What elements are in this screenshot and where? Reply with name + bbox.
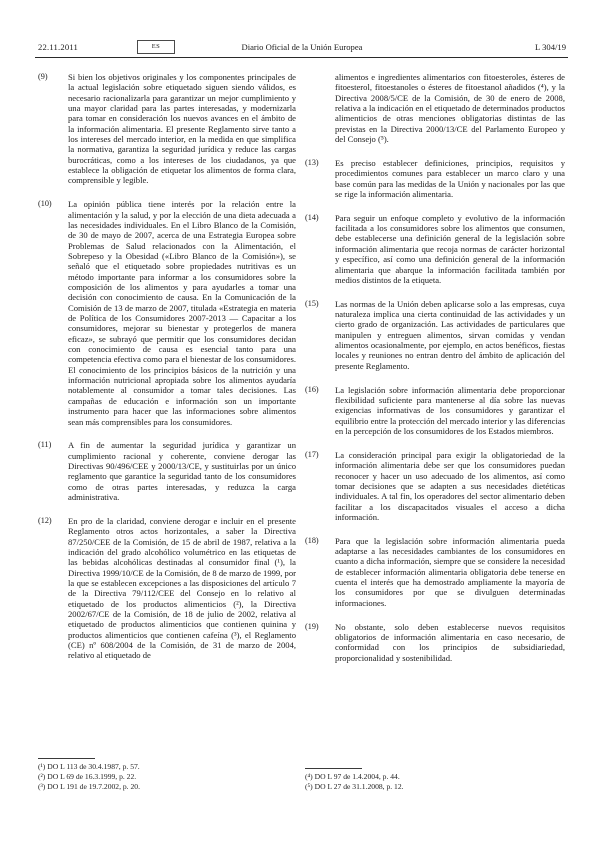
recital-paragraph-16: (16) La legislación sobre información al… xyxy=(305,385,565,437)
recital-text: Es preciso establecer definiciones, prin… xyxy=(335,158,565,199)
recital-paragraph-11: (11) A fin de aumentar la seguridad jurí… xyxy=(38,440,296,502)
footnotes-right: (⁴) DO L 97 de 1.4.2004, p. 44. (⁵) DO L… xyxy=(305,768,565,792)
recital-paragraph-17: (17) La consideración principal para exi… xyxy=(305,450,565,522)
recital-paragraph-19: (19) No obstante, solo deben establecers… xyxy=(305,622,565,663)
header-divider xyxy=(35,57,568,58)
footnote: (²) DO L 69 de 16.3.1999, p. 22. xyxy=(38,772,296,782)
footnote: (¹) DO L 113 de 30.4.1987, p. 57. xyxy=(38,762,296,772)
recital-text: No obstante, solo deben establecerse nue… xyxy=(335,622,565,663)
recital-number: (14) xyxy=(305,213,335,285)
recital-number: (12) xyxy=(38,516,68,661)
footnote: (³) DO L 191 de 19.7.2002, p. 20. xyxy=(38,782,296,792)
two-column-body: (9) Si bien los objetivos originales y l… xyxy=(38,72,565,792)
recital-number: (15) xyxy=(305,299,335,371)
footnotes-left: (¹) DO L 113 de 30.4.1987, p. 57. (²) DO… xyxy=(38,758,296,792)
journal-title: Diario Oficial de la Unión Europea xyxy=(38,42,566,52)
recital-number: (18) xyxy=(305,536,335,608)
right-column: alimentos e ingredientes alimentarios co… xyxy=(305,72,565,792)
recital-number: (17) xyxy=(305,450,335,522)
recital-text: La legislación sobre información aliment… xyxy=(335,385,565,437)
footnote-separator xyxy=(305,768,362,769)
footnote: (⁵) DO L 27 de 31.1.2008, p. 12. xyxy=(305,782,565,792)
recital-text: Si bien los objetivos originales y los c… xyxy=(68,72,296,186)
left-column: (9) Si bien los objetivos originales y l… xyxy=(38,72,296,792)
recital-paragraph-10: (10) La opinión pública tiene interés po… xyxy=(38,199,296,427)
recital-paragraph-9: (9) Si bien los objetivos originales y l… xyxy=(38,72,296,186)
recital-text: La opinión pública tiene interés por la … xyxy=(68,199,296,427)
footnote-separator xyxy=(38,758,95,759)
recital-number: (16) xyxy=(305,385,335,437)
recital-number: (13) xyxy=(305,158,335,199)
footnote: (⁴) DO L 97 de 1.4.2004, p. 44. xyxy=(305,772,565,782)
recital-paragraph-12-continued: alimentos e ingredientes alimentarios co… xyxy=(305,72,565,144)
recital-number: (19) xyxy=(305,622,335,663)
recital-text: La consideración principal para exigir l… xyxy=(335,450,565,522)
recital-text: Para que la legislación sobre informació… xyxy=(335,536,565,608)
journal-page: 22.11.2011 ES Diario Oficial de la Unión… xyxy=(0,0,599,848)
recital-text: Las normas de la Unión deben aplicarse s… xyxy=(335,299,565,371)
recital-paragraph-12: (12) En pro de la claridad, conviene der… xyxy=(38,516,296,661)
recital-text: A fin de aumentar la seguridad jurídica … xyxy=(68,440,296,502)
recital-number: (9) xyxy=(38,72,68,186)
recital-number: (10) xyxy=(38,199,68,427)
journal-header: 22.11.2011 ES Diario Oficial de la Unión… xyxy=(38,41,566,56)
recital-paragraph-15: (15) Las normas de la Unión deben aplica… xyxy=(305,299,565,371)
recital-text: alimentos e ingredientes alimentarios co… xyxy=(335,72,565,144)
recital-number xyxy=(305,72,335,144)
recital-text: En pro de la claridad, conviene derogar … xyxy=(68,516,296,661)
page-number: L 304/19 xyxy=(535,42,566,52)
recital-paragraph-13: (13) Es preciso establecer definiciones,… xyxy=(305,158,565,199)
recital-text: Para seguir un enfoque completo y evolut… xyxy=(335,213,565,285)
recital-paragraph-14: (14) Para seguir un enfoque completo y e… xyxy=(305,213,565,285)
recital-paragraph-18: (18) Para que la legislación sobre infor… xyxy=(305,536,565,608)
recital-number: (11) xyxy=(38,440,68,502)
